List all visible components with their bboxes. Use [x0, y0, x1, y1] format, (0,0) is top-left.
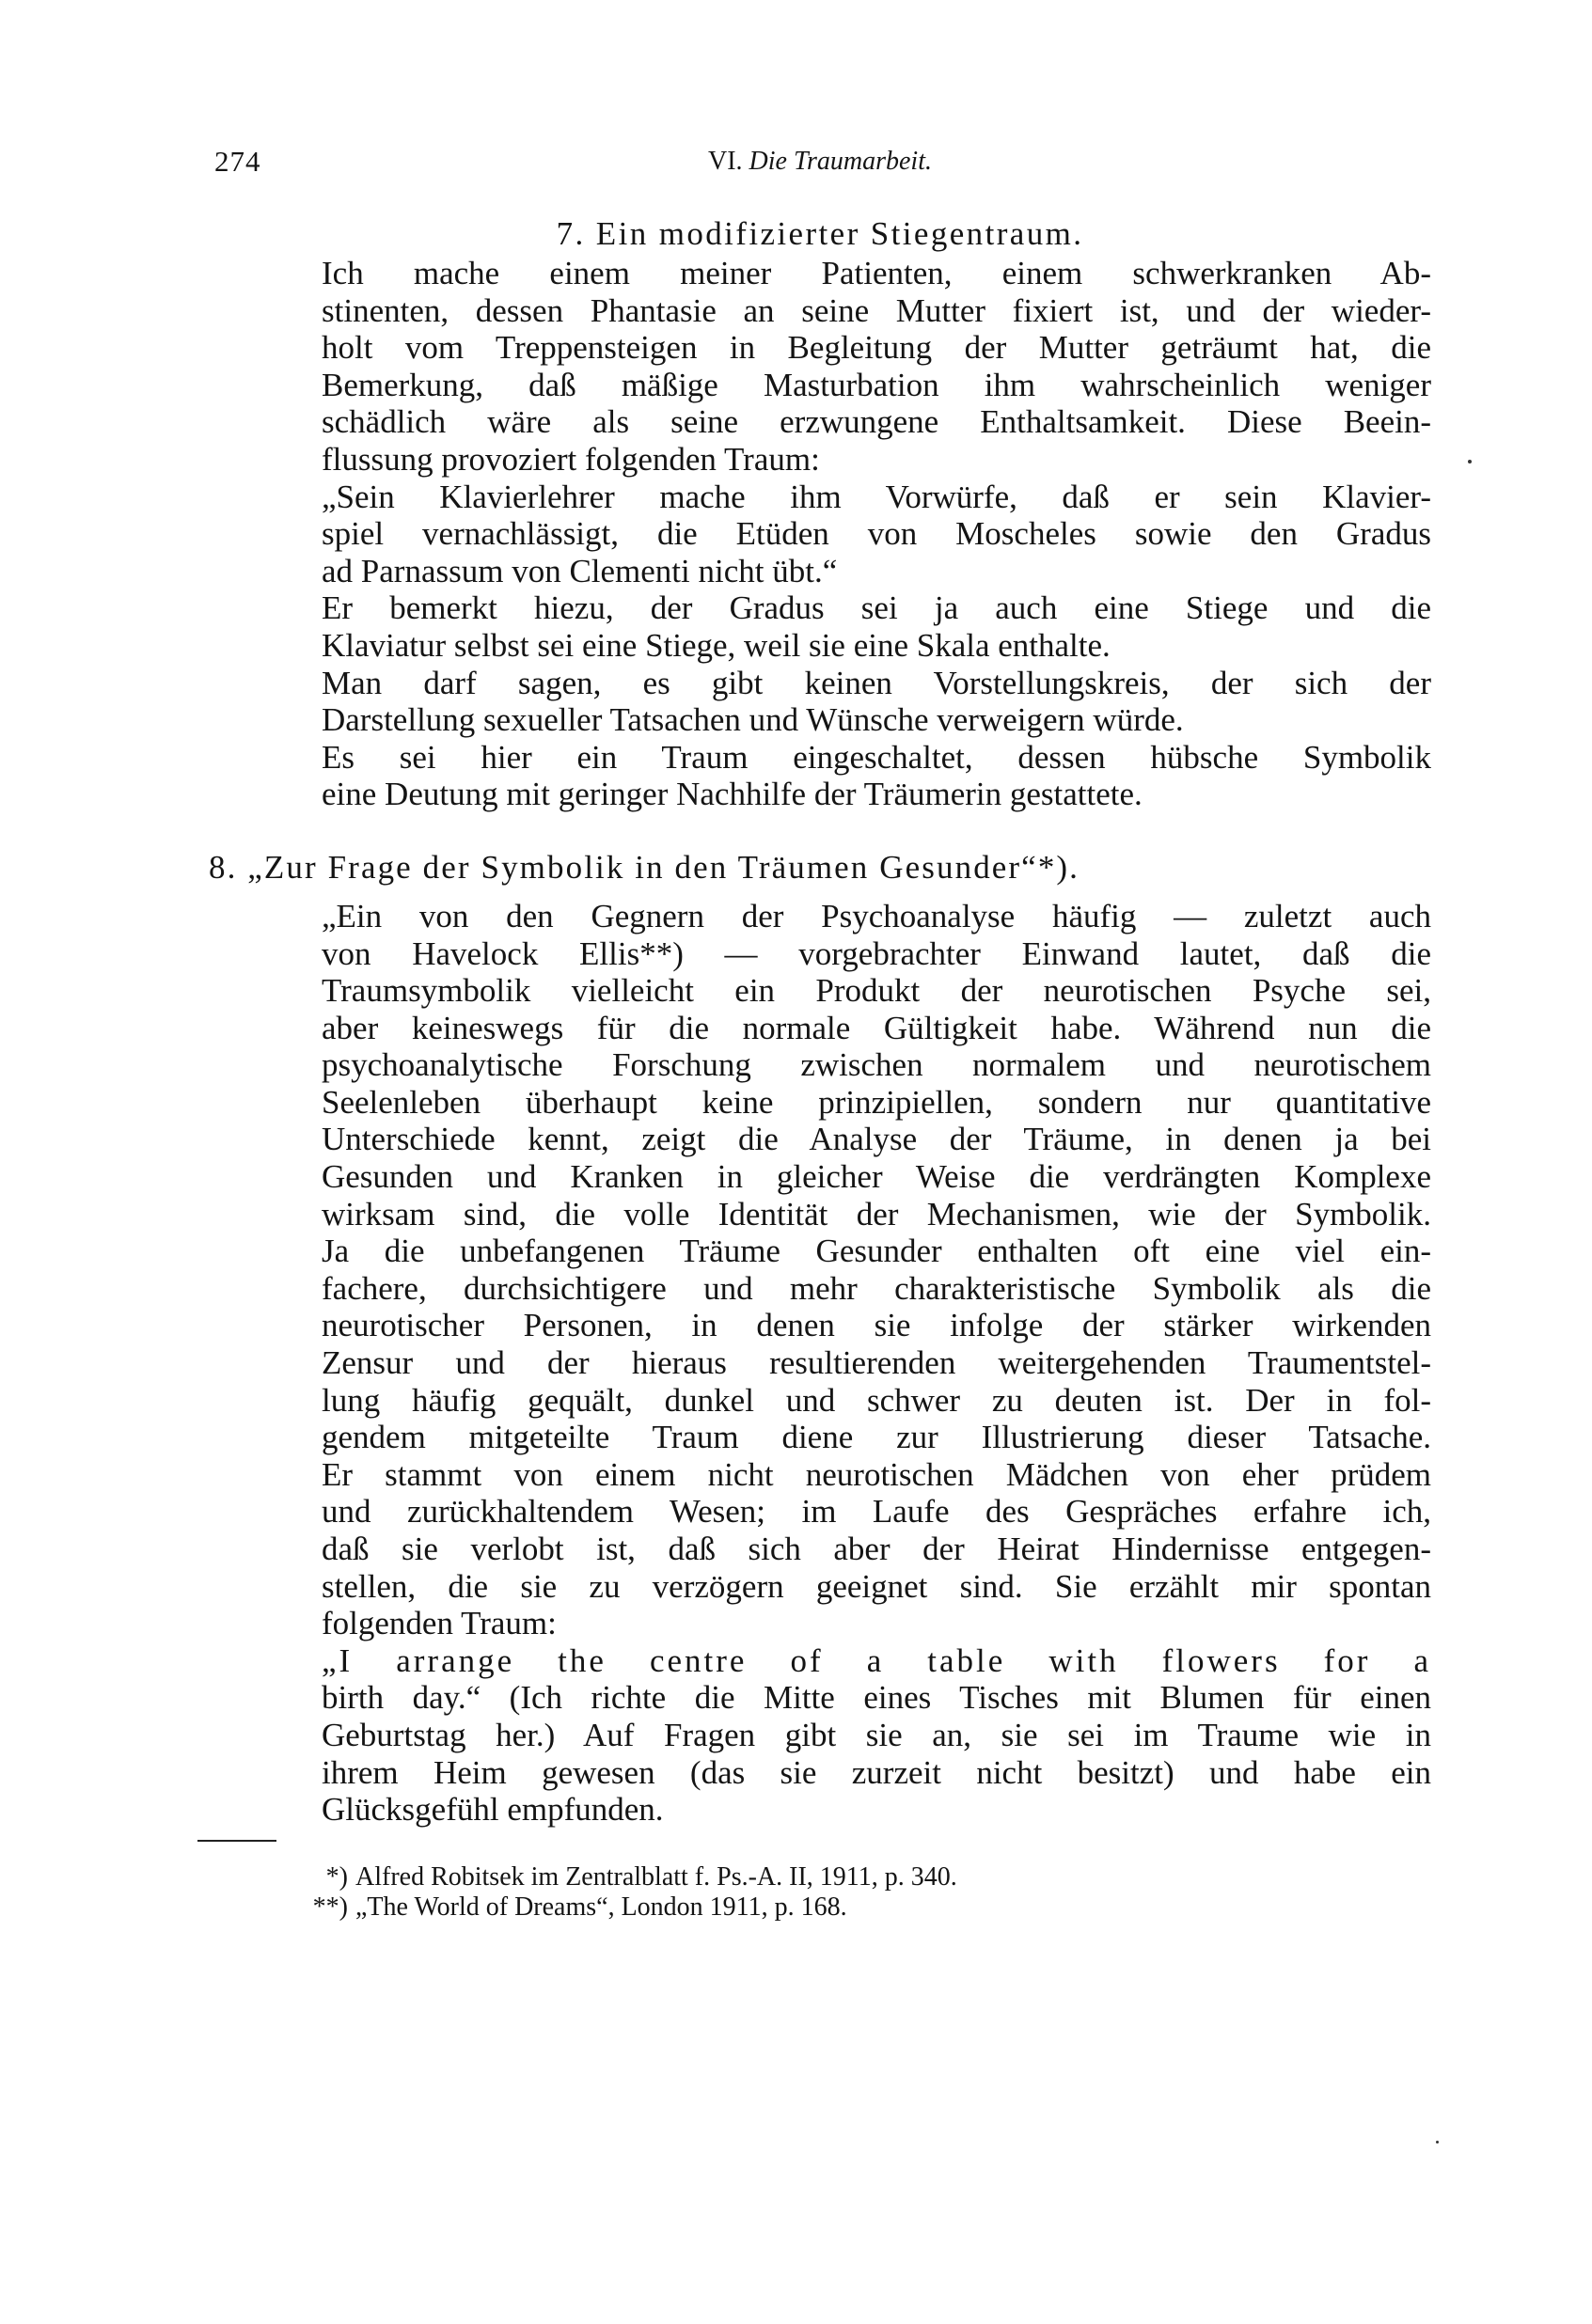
footnote-text: „The World of Dreams“, London 1911, p. 1…: [355, 1892, 847, 1923]
text-line: stellen, die sie zu verzögern geeignet s…: [209, 1568, 1431, 1606]
text-line: folgenden Traum:: [209, 1605, 1431, 1642]
text-line: psychoanalytische Forschung zwischen nor…: [209, 1046, 1431, 1084]
text-line: fachere, durchsichtigere und mehr charak…: [209, 1270, 1431, 1308]
chapter-running-title: VI. Die Traumarbeit.: [209, 147, 1431, 177]
text-line: spiel vernachlässigt, die Etüden von Mos…: [209, 515, 1431, 553]
paragraph: Man darf sagen, es gibt keinen Vorstellu…: [209, 665, 1431, 739]
footnote-mark: *): [299, 1862, 348, 1892]
text-line: Darstellung sexueller Tatsachen und Wüns…: [209, 701, 1431, 739]
footnotes: *) Alfred Robitsek im Zentralblatt f. Ps…: [209, 1862, 1431, 1923]
text-line: Seelenleben überhaupt keine prinzipielle…: [209, 1084, 1431, 1122]
text-line: ad Parnassum von Clementi nicht übt.“: [209, 553, 1431, 590]
text-line: Geburtstag her.) Auf Fragen gibt sie an,…: [209, 1717, 1431, 1754]
text-line: „Sein Klavierlehrer mache ihm Vorwürfe, …: [209, 479, 1431, 516]
footnote-mark: **): [292, 1892, 348, 1923]
quoted-dream-paragraph: „I arrange the centre of a table with fl…: [209, 1642, 1431, 1829]
text-line: Bemerkung, daß mäßige Masturbation ihm w…: [209, 367, 1431, 404]
text-line: Unterschiede kennt, zeigt die Analyse de…: [209, 1121, 1431, 1158]
text-line: und zurückhaltendem Wesen; im Laufe des …: [209, 1493, 1431, 1531]
text-line: Ja die unbefangenen Träume Gesunder enth…: [209, 1233, 1431, 1270]
running-head: 274 VI. Die Traumarbeit.: [209, 141, 1431, 188]
text-line: birth day.“ (Ich richte die Mitte eines …: [209, 1679, 1431, 1717]
chapter-title: Die Traumarbeit.: [749, 147, 932, 176]
footnote-divider: [197, 1840, 276, 1842]
section-7-title: 7. Ein modifizierter Stiegentraum.: [209, 213, 1431, 255]
paragraph: „Ein von den Gegnern der Psychoanalyse h…: [209, 898, 1431, 1642]
section-8-title: 8. „Zur Frage der Symbolik in den Träume…: [209, 847, 1431, 888]
text-line: eine Deutung mit geringer Nachhilfe der …: [209, 776, 1431, 813]
text-line: Er stammt von einem nicht neurotischen M…: [209, 1456, 1431, 1494]
text-line: Klaviatur selbst sei eine Stiege, weil s…: [209, 627, 1431, 665]
footnote: **) „The World of Dreams“, London 1911, …: [209, 1892, 1431, 1923]
text-line: ihrem Heim gewesen (das sie zurzeit nich…: [209, 1754, 1431, 1792]
text-line: Man darf sagen, es gibt keinen Vorstellu…: [209, 665, 1431, 702]
chapter-numeral: VI.: [708, 147, 743, 176]
text-line: neurotischer Personen, in denen sie info…: [209, 1307, 1431, 1344]
text-line: Traumsymbolik vielleicht ein Produkt der…: [209, 972, 1431, 1010]
text-line: flussung provoziert folgenden Traum:: [209, 441, 1431, 479]
paragraph: Es sei hier ein Traum eingeschaltet, des…: [209, 739, 1431, 813]
text-line: „Ein von den Gegnern der Psychoanalyse h…: [209, 898, 1431, 935]
text-line: aber keineswegs für die normale Gültigke…: [209, 1010, 1431, 1047]
text-line: wirksam sind, die volle Identität der Me…: [209, 1196, 1431, 1233]
quoted-dream-paragraph: „Sein Klavierlehrer mache ihm Vorwürfe, …: [209, 479, 1431, 590]
text-line: Gesunden und Kranken in gleicher Weise d…: [209, 1158, 1431, 1196]
text-line: holt vom Treppensteigen in Begleitung de…: [209, 329, 1431, 367]
text-line: stinenten, dessen Phantasie an seine Mut…: [209, 292, 1431, 330]
text-line: gendem mitgeteilte Traum diene zur Illus…: [209, 1419, 1431, 1456]
text-line: daß sie verlobt ist, daß sich aber der H…: [209, 1531, 1431, 1568]
text-line: schädlich wäre als seine erzwungene Enth…: [209, 403, 1431, 441]
scan-speck: [1468, 460, 1472, 463]
text-line: von Havelock Ellis**) — vorgebrachter Ei…: [209, 935, 1431, 973]
text-line: Zensur und der hieraus resultierenden we…: [209, 1344, 1431, 1382]
scan-speck: [1436, 2141, 1439, 2143]
footnote: *) Alfred Robitsek im Zentralblatt f. Ps…: [209, 1862, 1431, 1892]
paragraph: Er bemerkt hiezu, der Gradus sei ja auch…: [209, 589, 1431, 664]
text-line: Es sei hier ein Traum eingeschaltet, des…: [209, 739, 1431, 777]
footnote-text: Alfred Robitsek im Zentralblatt f. Ps.-A…: [355, 1862, 957, 1892]
paragraph: Ich mache einem meiner Patienten, einem …: [209, 255, 1431, 479]
text-line: Ich mache einem meiner Patienten, einem …: [209, 255, 1431, 292]
text-line: lung häufig gequält, dunkel und schwer z…: [209, 1382, 1431, 1420]
text-line: „I arrange the centre of a table with fl…: [209, 1642, 1431, 1680]
text-line: Er bemerkt hiezu, der Gradus sei ja auch…: [209, 589, 1431, 627]
text-line: Glücksgefühl empfunden.: [209, 1791, 1431, 1829]
book-page: 274 VI. Die Traumarbeit. 7. Ein modifizi…: [209, 141, 1431, 1923]
